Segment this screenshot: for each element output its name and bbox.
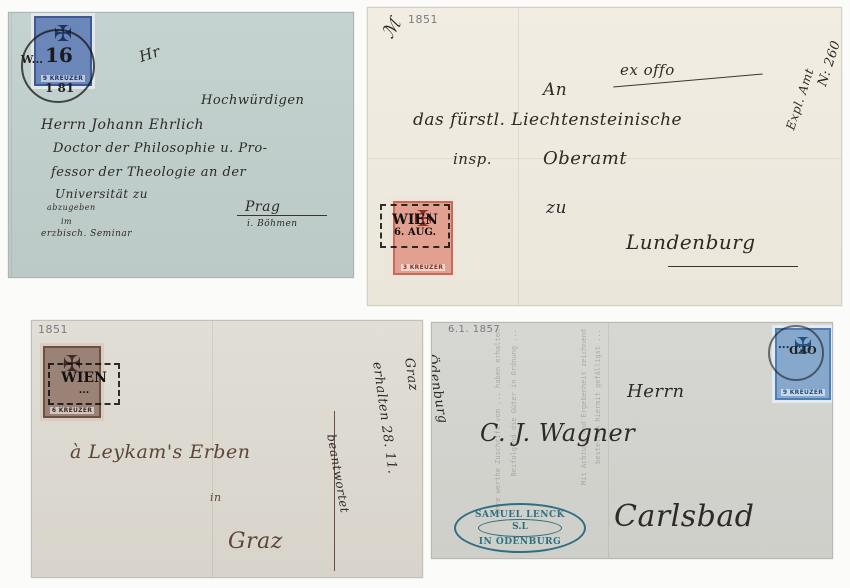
address-destination: Prag [245, 199, 280, 215]
pencil-year-note: 1851 [408, 13, 438, 26]
handstamp-monogram: S.L [456, 522, 584, 532]
side-note-line-1: Ödenburg [431, 353, 450, 425]
handstamp-name: SAMUEL LENCK [456, 510, 584, 520]
fold-line [518, 8, 519, 305]
destination-underline [237, 215, 327, 216]
header-word: ex offo [620, 61, 675, 79]
destination-underline [668, 266, 798, 267]
pencil-year-note: 1851 [38, 323, 68, 336]
cover-envelope-1: ✠ 9 KREUZER W... 16 1 81 Hr Hochwürdigen… [8, 12, 354, 278]
address-destination: Carlsbad [614, 499, 754, 534]
address-line-3: Oberamt [543, 148, 627, 169]
oval-sender-handstamp: SAMUEL LENCK S.L IN ÖDENBURG [454, 503, 586, 553]
address-word-insp: insp. [453, 150, 492, 168]
cover-envelope-3: 1851 ✠ 6 KREUZER WIEN ... à Leykam's Erb… [31, 320, 423, 578]
postmark-date: ... [79, 386, 89, 397]
postmark-town: WIEN [392, 213, 438, 228]
postmark-town: OED... [778, 343, 817, 356]
stamp-value-text: 9 KREUZER [781, 389, 825, 396]
side-note-line-3: erzbisch. Seminar [41, 229, 132, 239]
side-note-line-2: im [61, 217, 72, 226]
side-note-line-1: Graz [401, 357, 420, 392]
cover-envelope-4: 6.1. 1857 Ihre werthe Zuschrift vom ... … [431, 322, 833, 559]
address-destination: Lundenburg [626, 230, 756, 254]
address-line-2: C. J. Wagner [480, 419, 635, 447]
side-note-line-1: Expl. Amt [783, 66, 816, 131]
printed-reverse-text: Mit Achtung und Ergebenheit zeichnend [580, 329, 588, 485]
address-line-2: in [210, 491, 222, 504]
postmark-date: 1 81 [45, 81, 74, 95]
address-line-1: Herrn [627, 381, 685, 402]
address-line-1: à Leykam's Erben [70, 441, 250, 463]
fold-line [11, 13, 12, 277]
stamp-value-text: 3 KREUZER [401, 264, 445, 271]
address-line-5: Universität zu [55, 187, 148, 201]
address-destination: Graz [228, 529, 283, 554]
side-note-line-1: abzugeben [47, 203, 96, 212]
postmark-day: 16 [45, 43, 73, 67]
address-line-4: fessor der Theologie an der [51, 165, 246, 180]
address-region: i. Böhmen [247, 219, 298, 229]
postmark-date: 6. AUG. [394, 228, 436, 239]
address-line-2: das fürstl. Liechtensteinische [413, 110, 682, 130]
boxed-postmark: WIEN ... [48, 363, 120, 405]
handwritten-flourish: ℳ [378, 15, 406, 43]
side-note-line-2: erhalten 28. 11. [369, 361, 400, 475]
postmark-town: WIEN [61, 371, 107, 386]
printed-reverse-text: Beifolgend die Güter in Ordnung ... [510, 329, 518, 477]
handstamp-town: IN ÖDENBURG [456, 537, 584, 547]
side-note-line-2: N: 260 [815, 39, 842, 89]
cover-envelope-2: ℳ 1851 ex offo An das fürstl. Liechtenst… [367, 7, 842, 306]
postmark-town: W... [21, 53, 43, 66]
pencil-date-note: 6.1. 1857 [448, 324, 500, 335]
stamp-value-text: 6 KREUZER [50, 407, 94, 414]
boxed-postmark: WIEN 6. AUG. [380, 204, 450, 248]
address-line-3: Doctor der Philosophie u. Pro- [53, 141, 268, 156]
address-line-2: Herrn Johann Ehrlich [41, 117, 204, 133]
address-line-4: zu [546, 198, 567, 218]
side-note-line-3: beantwortet [324, 433, 352, 514]
handwritten-notation: Hr [137, 42, 163, 66]
address-line-1: Hochwürdigen [201, 93, 304, 108]
address-line-1: An [543, 80, 567, 100]
